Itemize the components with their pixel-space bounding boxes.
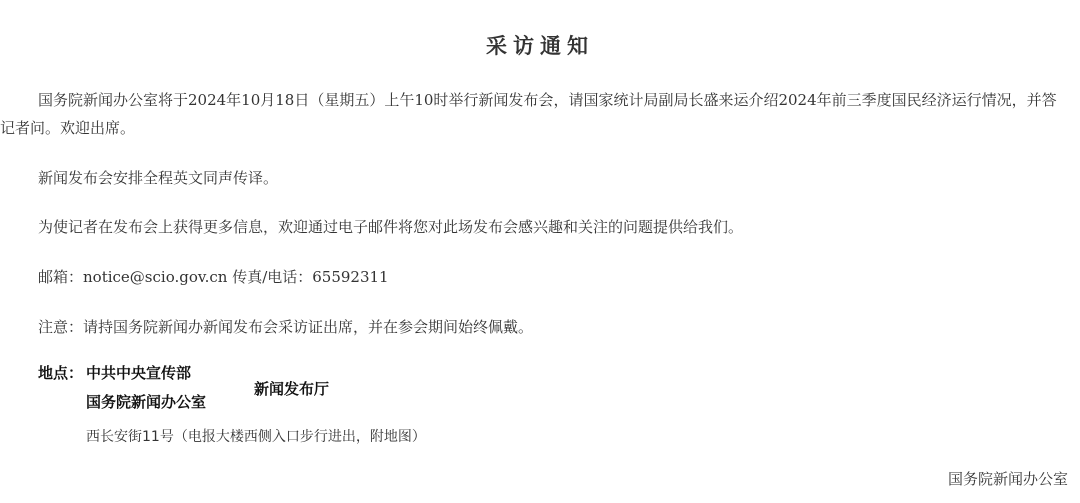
page-title: 采访通知 — [0, 30, 1080, 60]
questions-paragraph: 为使记者在发布会上获得更多信息，欢迎通过电子邮件将您对此场发布会感兴趣和关注的问… — [0, 213, 1060, 241]
email-link[interactable]: notice@scio.gov.cn — [83, 268, 227, 286]
phone-number: 65592311 — [312, 268, 388, 286]
location-org-propaganda: 中共中央宣传部 — [86, 362, 191, 383]
announcement-paragraph: 国务院新闻办公室将于2024年10月18日（星期五）上午10时举行新闻发布会，请… — [0, 86, 1060, 142]
location-hall: 新闻发布厅 — [254, 378, 329, 399]
location-address: 西长安街11号（电报大楼西侧入口步行进出，附地图） — [86, 426, 426, 446]
location-org-scio: 国务院新闻办公室 — [86, 391, 206, 412]
location-label: 地点： — [38, 362, 83, 383]
signature: 国务院新闻办公室 — [948, 468, 1068, 489]
contact-paragraph: 邮箱：notice@scio.gov.cn 传真/电话：65592311 — [0, 263, 1060, 291]
email-label: 邮箱： — [38, 268, 83, 286]
phone-label: 传真/电话： — [232, 268, 312, 286]
notice-paragraph: 注意：请持国务院新闻办新闻发布会采访证出席，并在参会期间始终佩戴。 — [0, 313, 1060, 341]
interpretation-paragraph: 新闻发布会安排全程英文同声传译。 — [0, 164, 1060, 192]
